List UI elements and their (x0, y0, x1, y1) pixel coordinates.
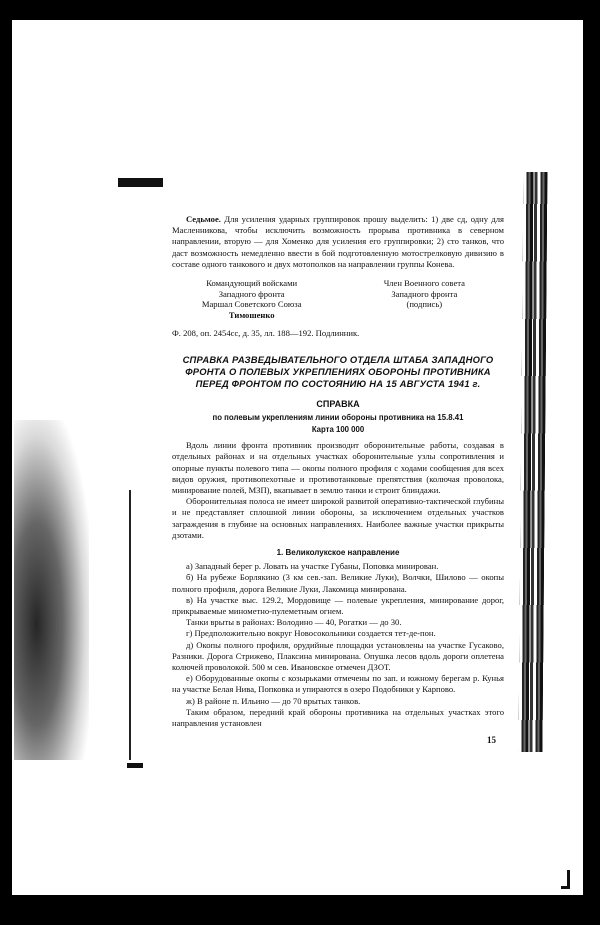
signature-name: Тимошенко (172, 310, 331, 321)
signature-title: Западного фронта (172, 289, 331, 300)
signature-title: Член Военного совета (345, 278, 504, 289)
list-item: д) Окопы полного профиля, орудийные площ… (172, 640, 504, 674)
archive-source-note: Ф. 208, оп. 2454сс, д. 35, лл. 188—192. … (172, 328, 504, 339)
document-title: СПРАВКА РАЗВЕДЫВАТЕЛЬНОГО ОТДЕЛА ШТАБА З… (172, 354, 504, 390)
list-item: г) Предположительно вокруг Новосокольник… (172, 628, 504, 639)
signature-block: Командующий войсками Западного фронта Ма… (172, 278, 504, 320)
map-label: Карта 100 000 (172, 424, 504, 435)
list-item: а) Западный берег р. Ловать на участке Г… (172, 561, 504, 572)
list-item: Таким образом, передний край обороны про… (172, 707, 504, 729)
document-body: Седьмое. Для усиления ударных группирово… (172, 214, 504, 746)
signature-title: Западного фронта (345, 289, 504, 300)
signature-left: Командующий войсками Западного фронта Ма… (172, 278, 331, 320)
signature-note: (подпись) (345, 299, 504, 310)
section-title: 1. Великолукское направление (172, 547, 504, 558)
section-heading: СПРАВКА (172, 399, 504, 410)
list-item: Танки врыты в районах: Володино — 40, Ро… (172, 617, 504, 628)
intro-paragraph: Седьмое. Для усиления ударных группирово… (172, 214, 504, 270)
paragraph: Вдоль линии фронта противник производит … (172, 440, 504, 496)
scan-artifact-line (129, 490, 131, 760)
book-spine-shadow (518, 172, 547, 752)
signature-rank: Маршал Советского Союза (172, 299, 331, 310)
scan-artifact-mark (127, 763, 143, 768)
signature-title: Командующий войсками (172, 278, 331, 289)
subheading: по полевым укреплениям линии обороны про… (172, 412, 504, 423)
list-item: е) Оборудованные окопы с козырьками отме… (172, 673, 504, 695)
signature-right: Член Военного совета Западного фронта (п… (345, 278, 504, 320)
scan-smudge (14, 420, 89, 760)
list-item: б) На рубеже Борлякино (3 км сев.-зап. В… (172, 572, 504, 594)
list-item: ж) В районе п. Ильино — до 70 врытых тан… (172, 696, 504, 707)
scan-border (583, 0, 600, 925)
scan-artifact-mark (118, 178, 163, 187)
list-item: в) На участке выс. 129.2, Мордовище — по… (172, 595, 504, 617)
paragraph: Оборонительная полоса не имеет широкой р… (172, 496, 504, 541)
intro-lead: Седьмое. (186, 214, 221, 224)
page-number: 15 (172, 735, 504, 746)
intro-text: Для усиления ударных группировок прошу в… (172, 214, 504, 269)
scan-artifact-mark (561, 886, 570, 889)
